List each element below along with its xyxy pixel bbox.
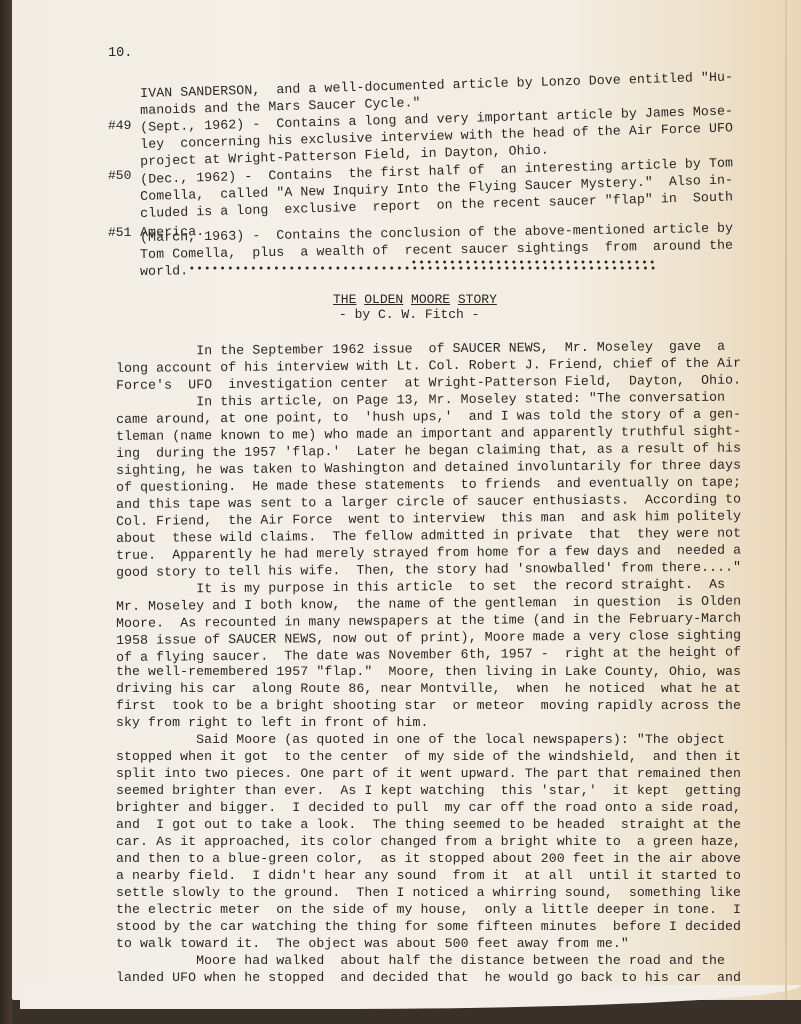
issue-marker: #49 xyxy=(108,118,131,133)
article-line: driving his car along Route 86, near Mon… xyxy=(116,681,741,698)
page-fold xyxy=(785,0,787,1000)
article-line: brighter and bigger. I decided to pull m… xyxy=(116,800,741,817)
article-line: and I got out to take a look. The thing … xyxy=(116,817,741,834)
separator-dots xyxy=(410,260,658,264)
article-line: seemed brighter than ever. As I kept wat… xyxy=(116,783,741,800)
article-line: the electric meter on the side of my hou… xyxy=(116,902,741,919)
listing-line: world. xyxy=(140,263,188,281)
issue-marker: #50 xyxy=(108,168,131,183)
article-line: sky from right to left in front of him. xyxy=(116,715,429,732)
article-line: split into two pieces. One part of it we… xyxy=(116,766,741,783)
article-line: Moore had walked about half the distance… xyxy=(116,953,725,970)
article-line: and then to a blue-green color, as it st… xyxy=(116,851,741,868)
article-line: stood by the car watching the thing for … xyxy=(116,919,741,936)
separator-dots xyxy=(188,266,658,270)
page-bottom-edge xyxy=(20,985,801,1009)
article-title: THE OLDEN MOORE STORY xyxy=(333,292,497,307)
article-line: the well-remembered 1957 "flap." Moore, … xyxy=(116,664,741,681)
article-line: settle slowly to the ground. Then I noti… xyxy=(116,885,741,902)
title-word: MOORE xyxy=(411,292,450,307)
article-line: to walk toward it. The object was about … xyxy=(116,936,629,953)
article-line: first took to be a bright shooting star … xyxy=(116,698,741,715)
issue-marker: #51 xyxy=(108,225,131,240)
title-word: OLDEN xyxy=(364,292,403,307)
title-word: THE xyxy=(333,292,356,307)
background-edge xyxy=(0,0,12,1024)
page-number: 10. xyxy=(108,46,132,61)
article-line: car. As it approached, its color changed… xyxy=(116,834,741,851)
article-line: landed UFO when he stopped and decided t… xyxy=(116,970,741,987)
article-line: a nearby field. I didn't hear any sound … xyxy=(116,868,741,885)
title-word: STORY xyxy=(458,292,497,307)
article-line: Said Moore (as quoted in one of the loca… xyxy=(116,732,725,749)
article-byline: - by C. W. Fitch - xyxy=(339,307,479,322)
article-line: stopped when it got to the center of my … xyxy=(116,749,741,766)
